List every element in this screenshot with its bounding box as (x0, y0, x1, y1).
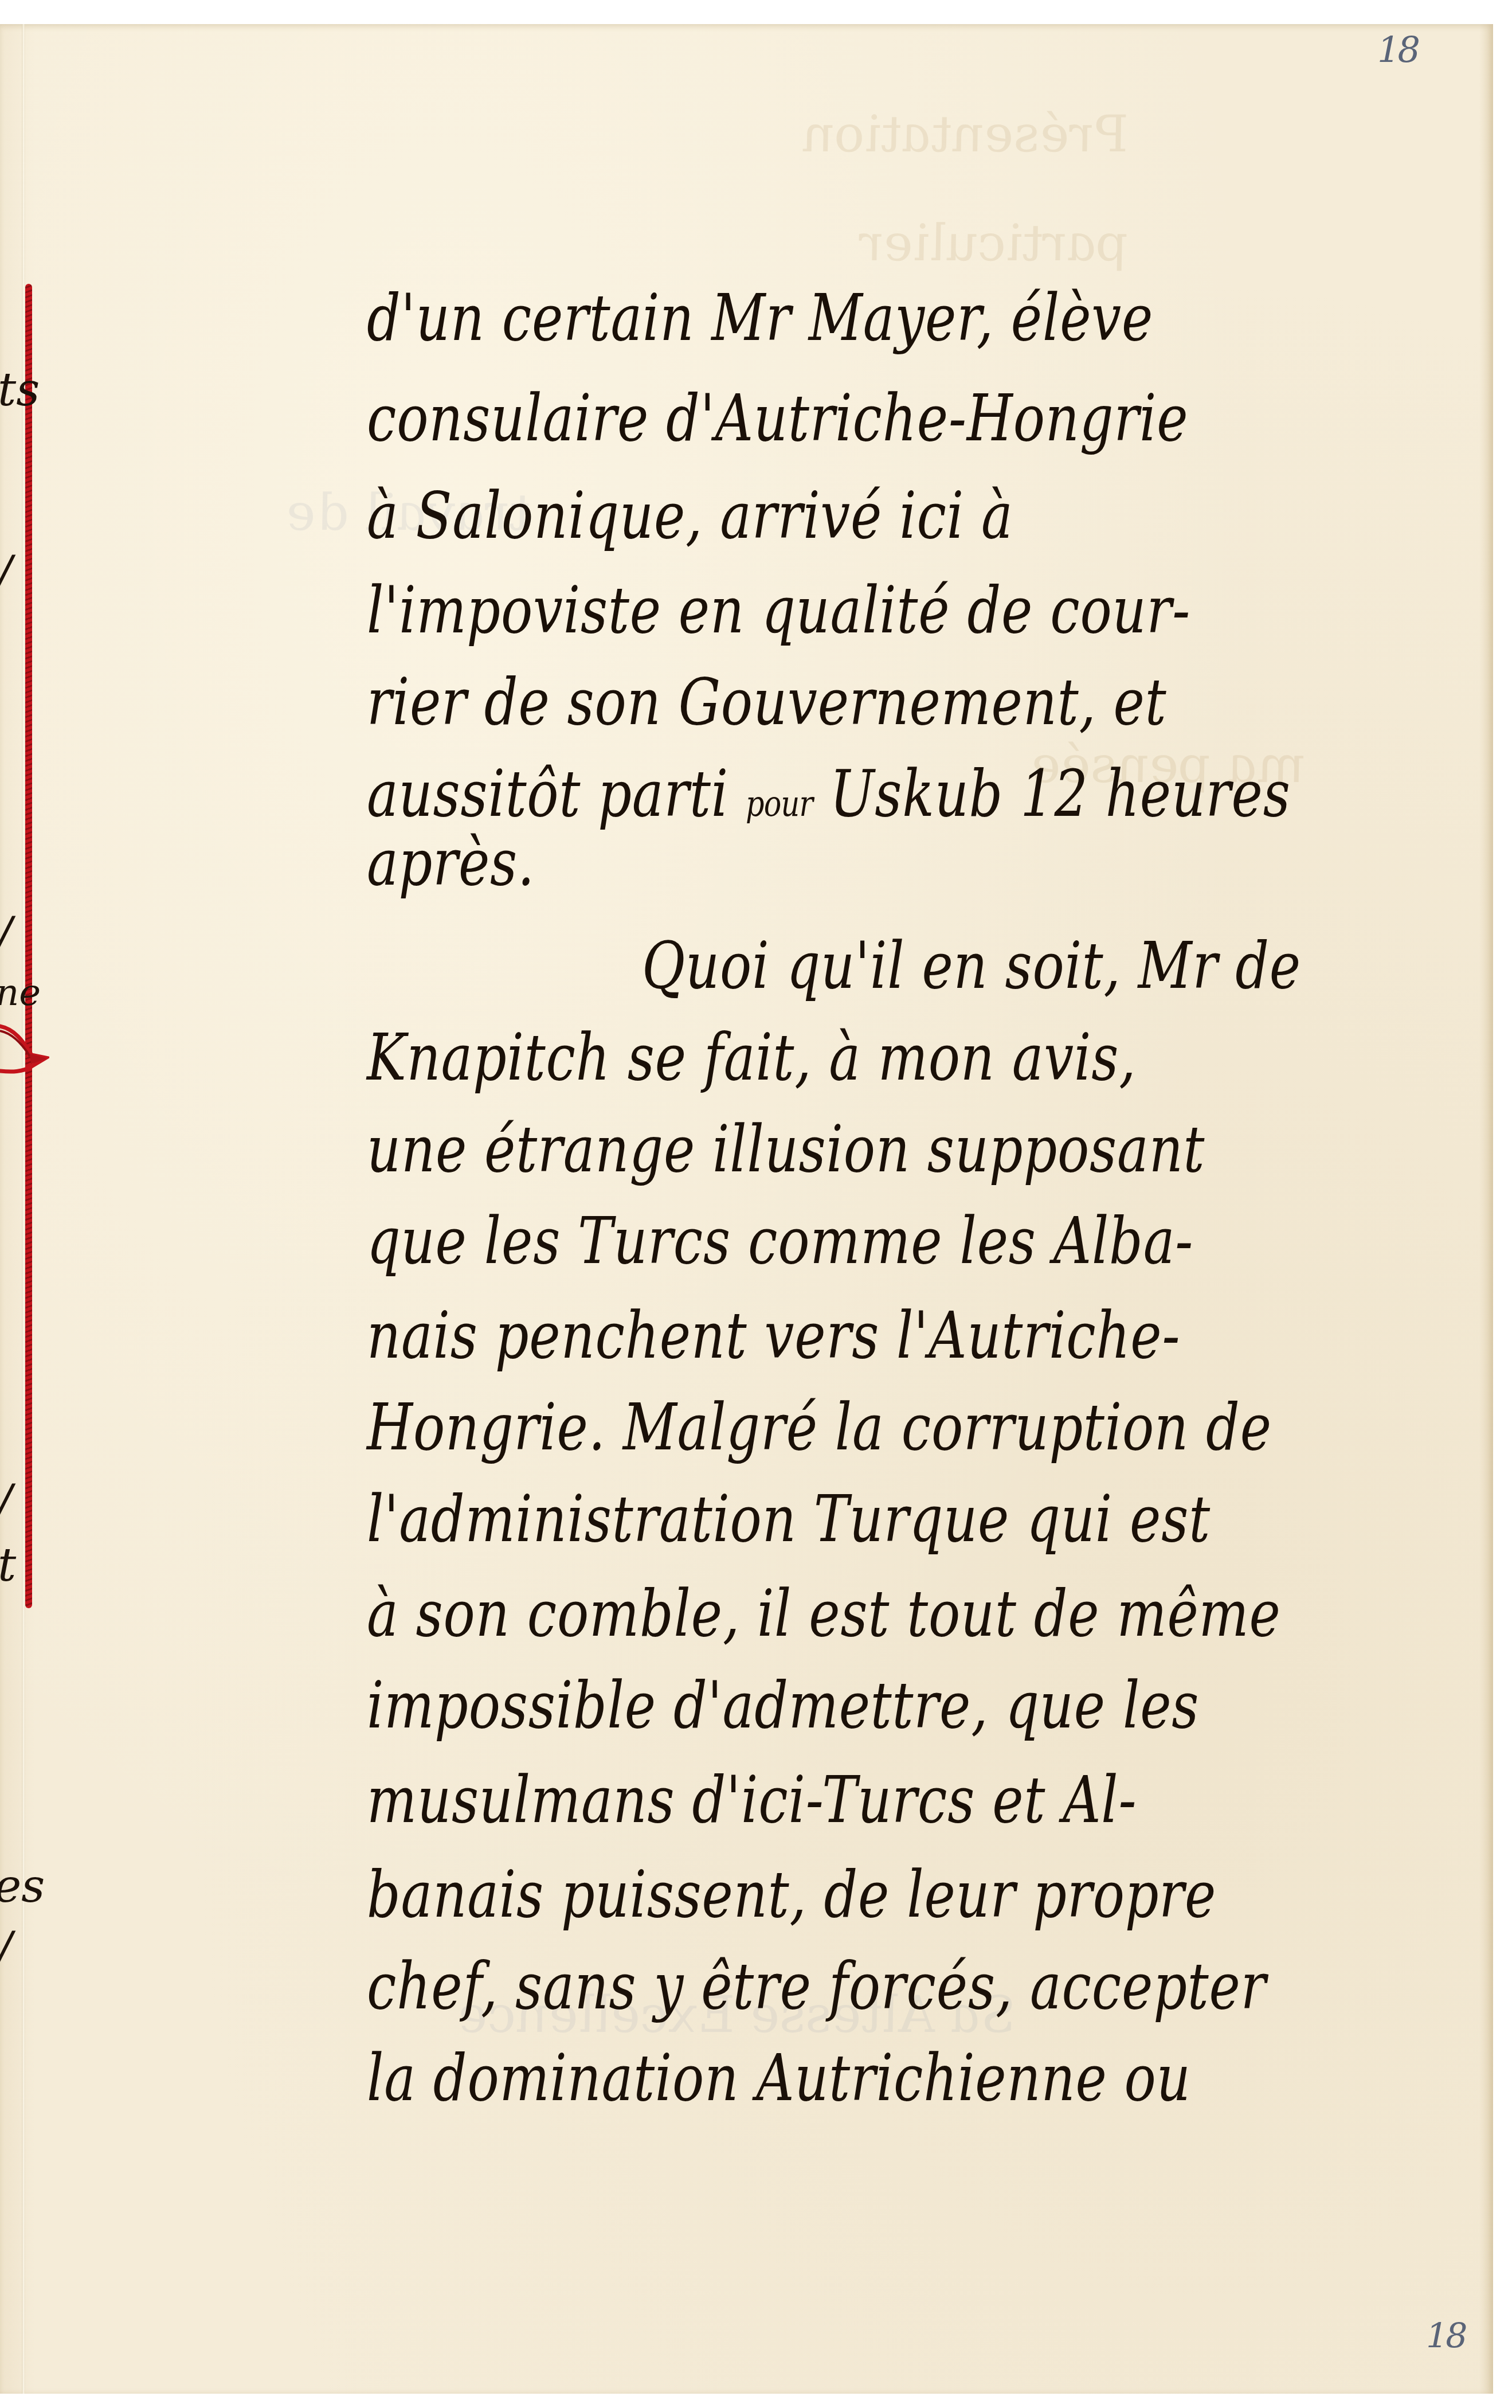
body-text: aussitôt parti (367, 757, 728, 831)
body-line: rier de son Gouvernement, et (367, 665, 1166, 740)
body-line: une étrange illusion supposant (367, 1112, 1205, 1187)
inline-small-word: pour (746, 783, 813, 824)
body-line: que les Turcs comme les Alba- (367, 1204, 1193, 1279)
margin-fragment: / (0, 1479, 12, 1525)
body-line: d'un certain Mr Mayer, élève (367, 281, 1153, 355)
thread-knot-icon (0, 1015, 49, 1084)
page-edge-shadow (1479, 24, 1493, 2394)
body-line: après. (367, 826, 535, 900)
margin-fragment: es (0, 1863, 45, 1909)
margin-fragment: ne (0, 975, 41, 1011)
body-line: impossible d'admettre, que les (367, 1668, 1199, 1743)
folio-number-top: 18 (1377, 29, 1418, 71)
folio-number-bottom: 18 (1426, 2316, 1465, 2356)
body-line: nais penchent vers l'Autriche- (367, 1299, 1180, 1373)
margin-fragment: / (0, 550, 12, 596)
body-line: consulaire d'Autriche-Hongrie (367, 381, 1188, 456)
paragraph-start-line: Quoi qu'il en soit, Mr de (642, 929, 1301, 1003)
body-line: chef, sans y être forcés, accepter (367, 1949, 1266, 2024)
bleed-through-text: particulier (853, 213, 1136, 272)
body-line-with-inline: aussitôt parti pour Uskub 12 heures (367, 757, 1291, 831)
margin-fragment: / (0, 912, 12, 957)
margin-fragment: / (0, 1926, 12, 1972)
body-line: la domination Autrichienne ou (367, 2041, 1191, 2116)
body-line: à son comble, il est tout de même (367, 1577, 1281, 1651)
binding-thread (25, 284, 32, 1608)
body-line: banais puissent, de leur propre (367, 1858, 1216, 1932)
body-text: Uskub 12 heures (830, 757, 1291, 831)
body-line: l'administration Turque qui est (367, 1482, 1211, 1557)
body-line: Hongrie. Malgré la corruption de (367, 1390, 1272, 1465)
bleed-through-text: Présentation (796, 104, 1134, 163)
margin-fragment: ts (0, 367, 40, 413)
body-line: l'impoviste en qualité de cour- (367, 573, 1190, 648)
body-line: Knapitch se fait, à mon avis, (367, 1021, 1136, 1095)
body-line: musulmans d'ici-Turcs et Al- (367, 1763, 1137, 1838)
margin-fragment: t (0, 1542, 16, 1588)
body-line: à Salonique, arrivé ici à (367, 479, 1013, 553)
